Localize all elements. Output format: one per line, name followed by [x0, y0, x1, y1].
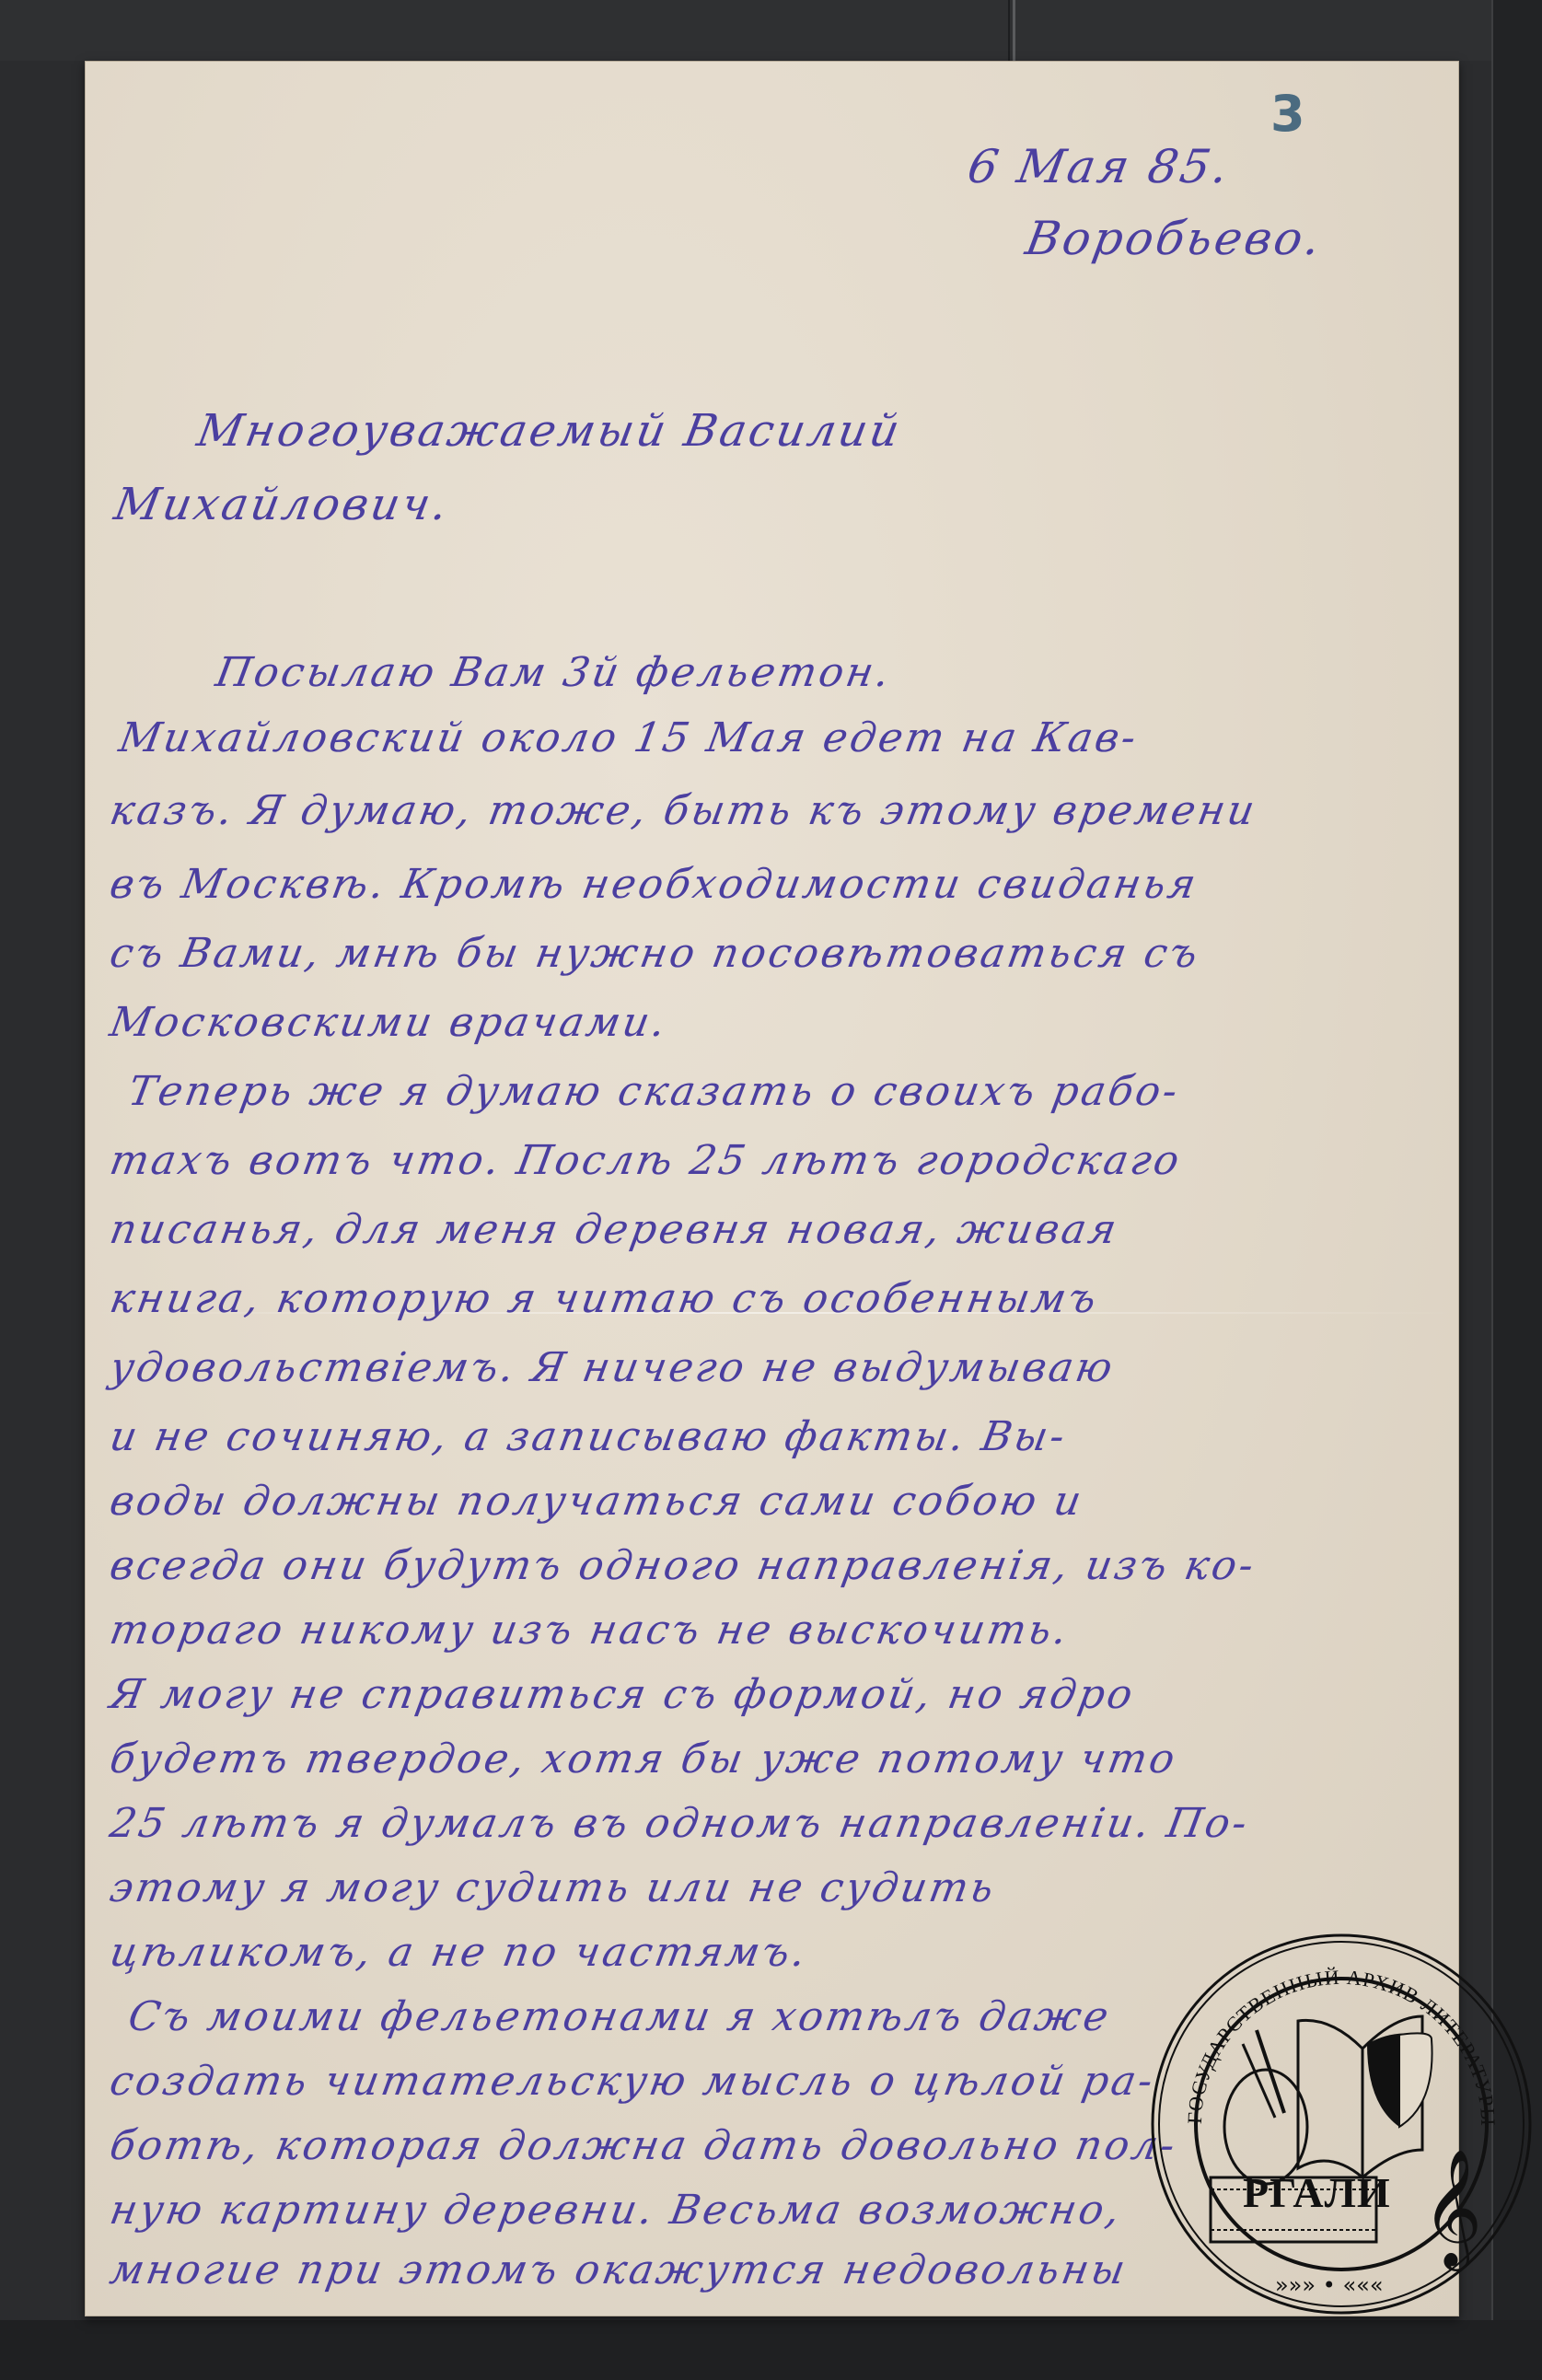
- body-line: 25 лѣтъ я думалъ въ одномъ направленіи. …: [107, 1800, 1254, 1847]
- body-line: тахъ вотъ что. Послѣ 25 лѣтъ городскаго: [107, 1137, 1186, 1184]
- body-line: писанья, для меня деревня новая, живая: [107, 1206, 1123, 1253]
- body-line: съ Вами, мнѣ бы нужно посовѣтоваться съ: [107, 930, 1204, 977]
- body-line: Посылаю Вам 3й фельетон.: [213, 649, 896, 696]
- stamp-abbreviation: РГАЛИ: [1243, 2168, 1391, 2217]
- body-line: Теперь же я думаю сказать о своихъ рабо-: [125, 1068, 1184, 1115]
- svg-text:ГОСУДАРСТВЕННЫЙ АРХИВ ЛИТЕРАТУ: ГОСУДАРСТВЕННЫЙ АРХИВ ЛИТЕРАТУРЫ И ИСКУС…: [1146, 1929, 1500, 2127]
- body-line: книга, которую я читаю съ особеннымъ: [107, 1275, 1103, 1322]
- body-line: Я могу не справиться съ формой, но ядро: [107, 1671, 1139, 1718]
- body-line: Съ моими фельетонами я хотѣлъ даже: [125, 1993, 1115, 2040]
- archive-stamp: ГОСУДАРСТВЕННЫЙ АРХИВ ЛИТЕРАТУРЫ И ИСКУС…: [1146, 1929, 1537, 2320]
- mount-bottom: [0, 2320, 1542, 2380]
- body-line: этому я могу судить или не судить: [107, 1864, 1000, 1911]
- body-line: всегда они будутъ одного направленія, из…: [107, 1542, 1260, 1589]
- treble-clef-icon: 𝄞: [1422, 2148, 1482, 2271]
- letter-place: Воробьево.: [1022, 212, 1328, 265]
- book-icon: [1298, 2020, 1362, 2177]
- salutation-line-2: Михайлович.: [110, 479, 454, 530]
- letter-date: 6 Мая 85.: [964, 140, 1235, 193]
- body-line: ботѣ, которая должна дать довольно пол-: [107, 2122, 1181, 2169]
- mount-top: [0, 0, 1542, 61]
- body-line: и не сочиняю, а записываю факты. Вы-: [107, 1413, 1072, 1460]
- body-line: будетъ твердое, хотя бы уже потому что: [107, 1736, 1181, 1782]
- folio-number: 3: [1270, 85, 1305, 143]
- body-line: казъ. Я думаю, тоже, быть къ этому време…: [107, 787, 1261, 834]
- svg-text:»»» • «««: »»» • «««: [1275, 2272, 1384, 2298]
- body-line: Михайловский около 15 Мая едет на Кав-: [116, 714, 1142, 761]
- body-line: воды должны получаться сами собою и: [107, 1478, 1088, 1525]
- body-line: тораго никому изъ насъ не выскочить.: [107, 1607, 1073, 1654]
- salutation-line-1: Многоуважаемый Василий: [193, 405, 906, 457]
- body-line: цѣликомъ, а не по частямъ.: [107, 1929, 812, 1976]
- body-line: удовольствіемъ. Я ничего не выдумываю: [107, 1344, 1119, 1391]
- body-line: въ Москвѣ. Кромѣ необходимости свиданья: [107, 861, 1202, 908]
- body-line: многие при этомъ окажутся недовольны: [107, 2246, 1131, 2293]
- body-line: ную картину деревни. Весьма возможно,: [107, 2187, 1127, 2234]
- mount-edge: [1008, 0, 1010, 61]
- rgali-seal-icon: ГОСУДАРСТВЕННЫЙ АРХИВ ЛИТЕРАТУРЫ И ИСКУС…: [1146, 1929, 1537, 2320]
- body-line: Московскими врачами.: [107, 999, 672, 1046]
- palette-icon: [1224, 2070, 1307, 2184]
- mount-edge-highlight: [1013, 0, 1015, 61]
- body-line: создать читательскую мысль о цѣлой ра-: [107, 2058, 1159, 2105]
